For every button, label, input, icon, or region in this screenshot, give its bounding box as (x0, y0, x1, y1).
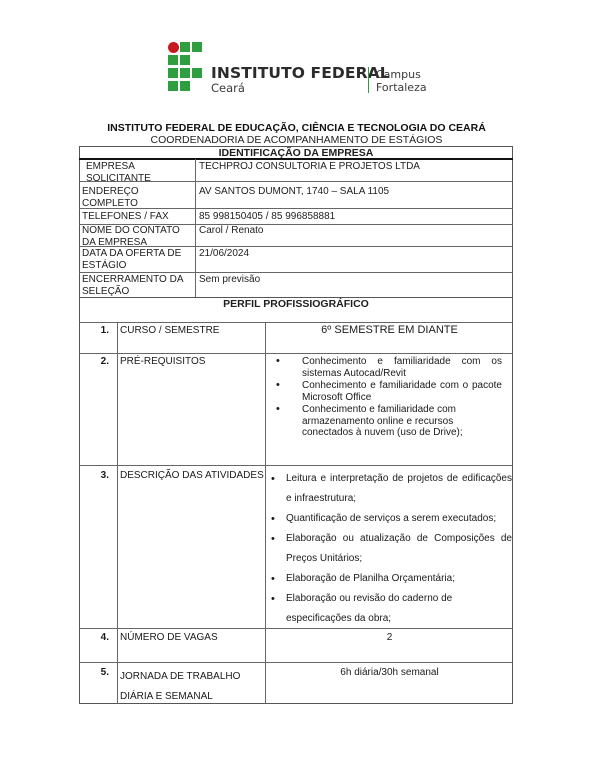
document-title: INSTITUTO FEDERAL DE EDUCAÇÃO, CIÊNCIA E… (0, 122, 593, 134)
row-label-endereco: ENDEREÇO COMPLETO (82, 186, 194, 209)
row-value-data-oferta: 21/06/2024 (199, 248, 509, 260)
divider (79, 662, 513, 663)
row-number: 3. (79, 470, 109, 481)
row-label-vagas: NÚMERO DE VAGAS (120, 632, 265, 644)
row-value-encerramento: Sem previsão (199, 274, 509, 286)
row-number: 4. (79, 632, 109, 643)
list-item: Conhecimento e familiaridade com armazen… (266, 404, 502, 439)
row-label-jornada: JORNADA DE TRABALHO DIÁRIA E SEMANAL (120, 667, 265, 707)
logo-campus: Campus Fortaleza (376, 68, 427, 94)
list-item: Elaboração de Planilha Orçamentária; (266, 569, 512, 589)
row-value-curso: 6º SEMESTRE EM DIANTE (266, 324, 513, 336)
activities-list: Leitura e interpretação de projetos de e… (266, 469, 512, 629)
list-item: Elaboração ou revisão do caderno de espe… (266, 589, 512, 629)
row-label-prerequisitos: PRÉ-REQUISITOS (120, 356, 265, 368)
document-subtitle: COORDENADORIA DE ACOMPANHAMENTO DE ESTÁG… (0, 134, 593, 146)
logo-separator (368, 67, 369, 93)
list-item: Conhecimento e familiaridade com o pacot… (266, 380, 502, 403)
prerequisites-list: Conhecimento e familiaridade com os sist… (266, 356, 502, 440)
row-number: 1. (79, 325, 109, 336)
row-number: 2. (79, 356, 109, 367)
row-value-jornada: 6h diária/30h semanal (266, 667, 513, 678)
profile-title: PERFIL PROFISSIOGRÁFICO (79, 299, 513, 311)
row-value-telefones: 85 998150405 / 85 996858881 (199, 211, 509, 223)
logo-campus-line1: Campus (376, 68, 427, 81)
row-value-contato: Carol / Renato (199, 225, 509, 237)
logo-grid-icon (168, 42, 208, 94)
row-value-empresa: TECHPROJ CONSULTORIA E PROJETOS LTDA (199, 161, 509, 173)
row-label-contato: NOME DO CONTATO DA EMPRESA (82, 225, 194, 248)
logo-state-name: Ceará (211, 81, 245, 95)
institution-logo: INSTITUTO FEDERAL Ceará Campus Fortaleza (168, 42, 458, 94)
row-label-telefones: TELEFONES / FAX (82, 211, 194, 223)
list-item: Leitura e interpretação de projetos de e… (266, 469, 512, 509)
list-item: Quantificação de serviços a serem execut… (266, 509, 512, 529)
list-item: Conhecimento e familiaridade com os sist… (266, 356, 502, 379)
divider (79, 353, 513, 354)
row-label-empresa: EMPRESA SOLICITANTE (86, 161, 198, 184)
divider (79, 272, 513, 273)
row-label-encerramento: ENCERRAMENTO DA SELEÇÃO (82, 274, 194, 297)
logo-institution-name: INSTITUTO FEDERAL (211, 64, 390, 82)
divider (79, 465, 513, 466)
row-label-atividades: DESCRIÇÃO DAS ATIVIDADES (120, 470, 265, 482)
list-item: Elaboração ou atualização de Composições… (266, 529, 512, 569)
row-label-data-oferta: DATA DA OFERTA DE ESTÁGIO (82, 248, 194, 271)
row-label-curso: CURSO / SEMESTRE (120, 325, 265, 337)
column-divider (117, 322, 118, 704)
divider (79, 322, 513, 323)
divider (79, 158, 513, 160)
row-value-endereco: AV SANTOS DUMONT, 1740 – SALA 1105 (199, 186, 509, 198)
row-value-vagas: 2 (266, 632, 513, 643)
row-number: 5. (79, 667, 109, 678)
logo-campus-line2: Fortaleza (376, 81, 427, 94)
